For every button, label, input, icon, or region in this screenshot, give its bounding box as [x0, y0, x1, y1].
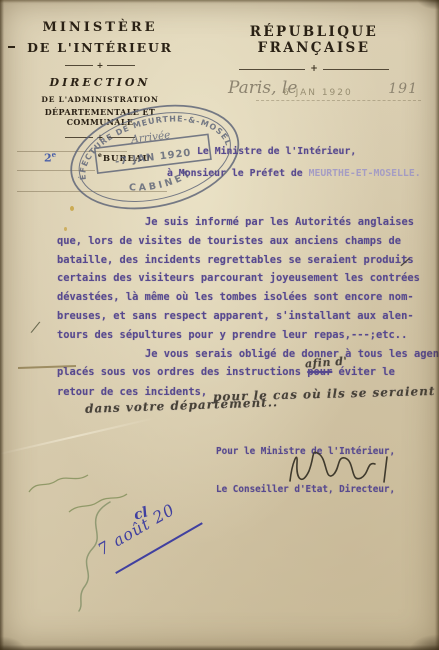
body-line: tours des sépultures pour y prendre leur…: [57, 326, 433, 345]
body-text: placés sous vos ordres des instructions: [57, 366, 307, 378]
dateline-year-print: 191: [388, 81, 418, 97]
bureau-number-handwritten: 2e: [44, 150, 56, 165]
received-date-stamp: 6 JAN 1920: [283, 88, 353, 98]
handwritten-insertion: afin d': [304, 353, 348, 375]
address-prefect-prefix: à Monsieur le Préfet de: [167, 168, 309, 179]
body-text: retour de ces incidents,: [57, 386, 213, 398]
republic-title: RÉPUBLIQUE FRANÇAISE: [204, 24, 424, 56]
margin-slash-mark: /: [31, 318, 40, 337]
signature-trailing-stroke: [384, 457, 387, 482]
print-tick: [8, 46, 15, 48]
scan-edge: [0, 0, 439, 3]
body-line: dévastées, là même où les tombes isolées…: [57, 288, 433, 307]
blue-ink-note: cl 7 août 20: [104, 500, 234, 595]
body-line: que, lors de visites de touristes aux an…: [57, 232, 433, 251]
body-line: bataille, des incidents regrettables se …: [57, 251, 433, 270]
address-line-prefect: à Monsieur le Préfet de MEURTHE-ET-MOSEL…: [167, 168, 421, 179]
ministry-name-line2-text: DE L'INTÉRIEUR: [27, 40, 173, 55]
stamp-arrival-date: -7 JAN 1920: [115, 148, 193, 168]
direction-title: DIRECTION: [14, 76, 186, 89]
dateline-rule: [256, 100, 421, 101]
ministry-name-line1: MINISTÈRE: [14, 20, 186, 35]
address-department: MEURTHE-ET-MOSELLE.: [309, 168, 421, 179]
body-line-with-correction: placés sous vos ordres des instructions …: [57, 363, 433, 382]
letter-body: Je suis informé par les Autorités anglai…: [57, 213, 433, 413]
scanned-letter-page: MINISTÈRE DE L'INTÉRIEUR + DIRECTION DE …: [0, 0, 439, 650]
corner-shadow: [417, 0, 439, 10]
body-line: certains des visiteurs parcourant joyeus…: [57, 269, 433, 288]
paper-speck: [70, 206, 74, 211]
green-note-line1: [29, 475, 88, 492]
ornament-divider: +: [65, 61, 135, 69]
corner-shadow: [409, 634, 439, 650]
ministry-name-line2: DE L'INTÉRIEUR: [14, 40, 186, 55]
dateline: Paris, le 6 JAN 1920 191: [228, 76, 428, 104]
corner-shadow: [0, 636, 26, 650]
paper-crease: [0, 417, 156, 457]
body-line: Je vous serais obligé de donner à tous l…: [57, 345, 433, 364]
address-line-minister: Le Ministre de l'Intérieur,: [197, 146, 356, 157]
ornament-divider: +: [239, 65, 389, 74]
scan-edge: [435, 0, 439, 650]
signature-path: [290, 452, 375, 481]
body-line: breuses, et sans respect apparent, s'ins…: [57, 307, 433, 326]
stamp-arrivee-label: Arrivée: [130, 129, 172, 146]
paper-speck: [64, 227, 67, 231]
handwritten-line: dans votre département..: [57, 401, 433, 413]
scan-edge: [0, 645, 439, 650]
scan-edge: [0, 0, 4, 650]
republic-masthead: RÉPUBLIQUE FRANÇAISE +: [204, 24, 424, 74]
signature-scrawl: [282, 441, 397, 496]
body-line: Je suis informé par les Autorités anglai…: [57, 213, 433, 232]
